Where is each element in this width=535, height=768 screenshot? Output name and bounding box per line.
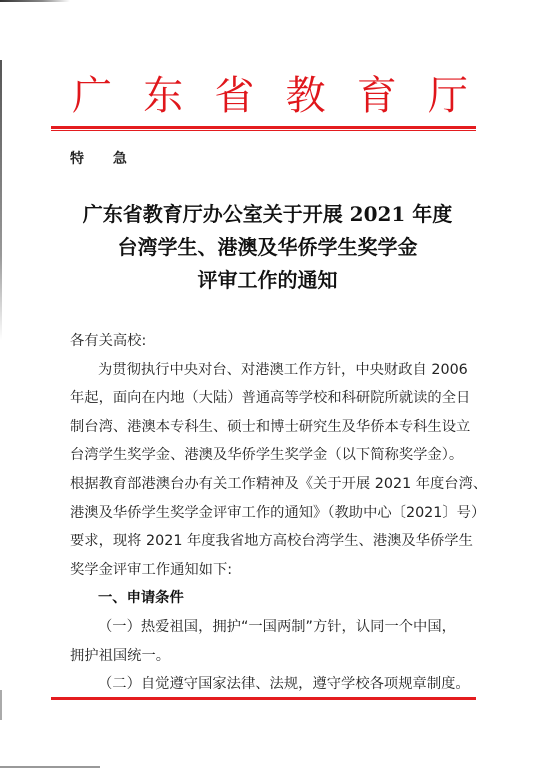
title-line: 广东省教育厅办公室关于开展 2021 年度: [40, 198, 495, 231]
urgency-label: 特 急: [70, 148, 139, 168]
title-line: 评审工作的通知: [40, 264, 495, 297]
paragraph-line: 为贯彻执行中央对台、对港澳工作方针，中央财政自 2006: [70, 356, 470, 385]
letterhead-char: 广: [70, 72, 114, 120]
letterhead-red-rule: [51, 126, 476, 132]
paragraph-line: 奖学金评审工作通知如下:: [70, 556, 470, 585]
scan-edge-left: [0, 60, 2, 340]
paragraph-line: 港澳及华侨学生奖学金评审工作的通知》（教助中心〔2021〕号）: [70, 499, 470, 528]
paragraph-line: 要求，现将 2021 年度我省地方高校台湾学生、港澳及华侨学生: [70, 527, 470, 556]
letterhead-char: 育: [355, 72, 399, 120]
paragraph-line: 年起，面向在内地（大陆）普通高等学校和科研院所就读的全日: [70, 384, 470, 413]
paragraph-line: 台湾学生奖学金、港澳及华侨学生奖学金（以下简称奖学金）。: [70, 441, 470, 470]
condition-item-2: （二）自觉遵守国家法律、法规，遵守学校各项规章制度。: [70, 670, 470, 699]
paragraph-line: 根据教育部港澳台办有关工作精神及《关于开展 2021 年度台湾、: [70, 470, 470, 499]
paragraph-line: 拥护祖国统一。: [70, 642, 470, 671]
letterhead-char: 东: [141, 72, 185, 120]
document-title: 广东省教育厅办公室关于开展 2021 年度 台湾学生、港澳及华侨学生奖学金 评审…: [40, 198, 495, 297]
red-rule-thick: [51, 126, 476, 129]
scan-edge-left-lower: [0, 690, 2, 720]
footer-red-rule: [51, 697, 476, 700]
letterhead-char: 教: [284, 72, 328, 120]
letterhead-char: 省: [212, 72, 256, 120]
title-line: 台湾学生、港澳及华侨学生奖学金: [40, 231, 495, 264]
section-heading-application-conditions: 一、申请条件: [70, 584, 470, 613]
scan-edge-top: [0, 0, 70, 2]
condition-item-1: （一）热爱祖国，拥护“一国两制”方针，认同一个中国， 拥护祖国统一。: [70, 613, 470, 670]
red-rule-thin: [51, 130, 476, 131]
salutation: 各有关高校:: [70, 327, 470, 356]
paragraph-line: 制台湾、港澳本专科生、硕士和博士研究生及华侨本专科生设立: [70, 413, 470, 442]
letterhead-char: 厅: [426, 72, 470, 120]
paragraph-intro: 为贯彻执行中央对台、对港澳工作方针，中央财政自 2006 年起，面向在内地（大陆…: [70, 356, 470, 585]
document-body: 各有关高校: 为贯彻执行中央对台、对港澳工作方针，中央财政自 2006 年起，面…: [70, 327, 470, 699]
paragraph-line: （一）热爱祖国，拥护“一国两制”方针，认同一个中国，: [70, 613, 470, 642]
letterhead-org-name: 广 东 省 教 育 厅: [70, 72, 470, 120]
